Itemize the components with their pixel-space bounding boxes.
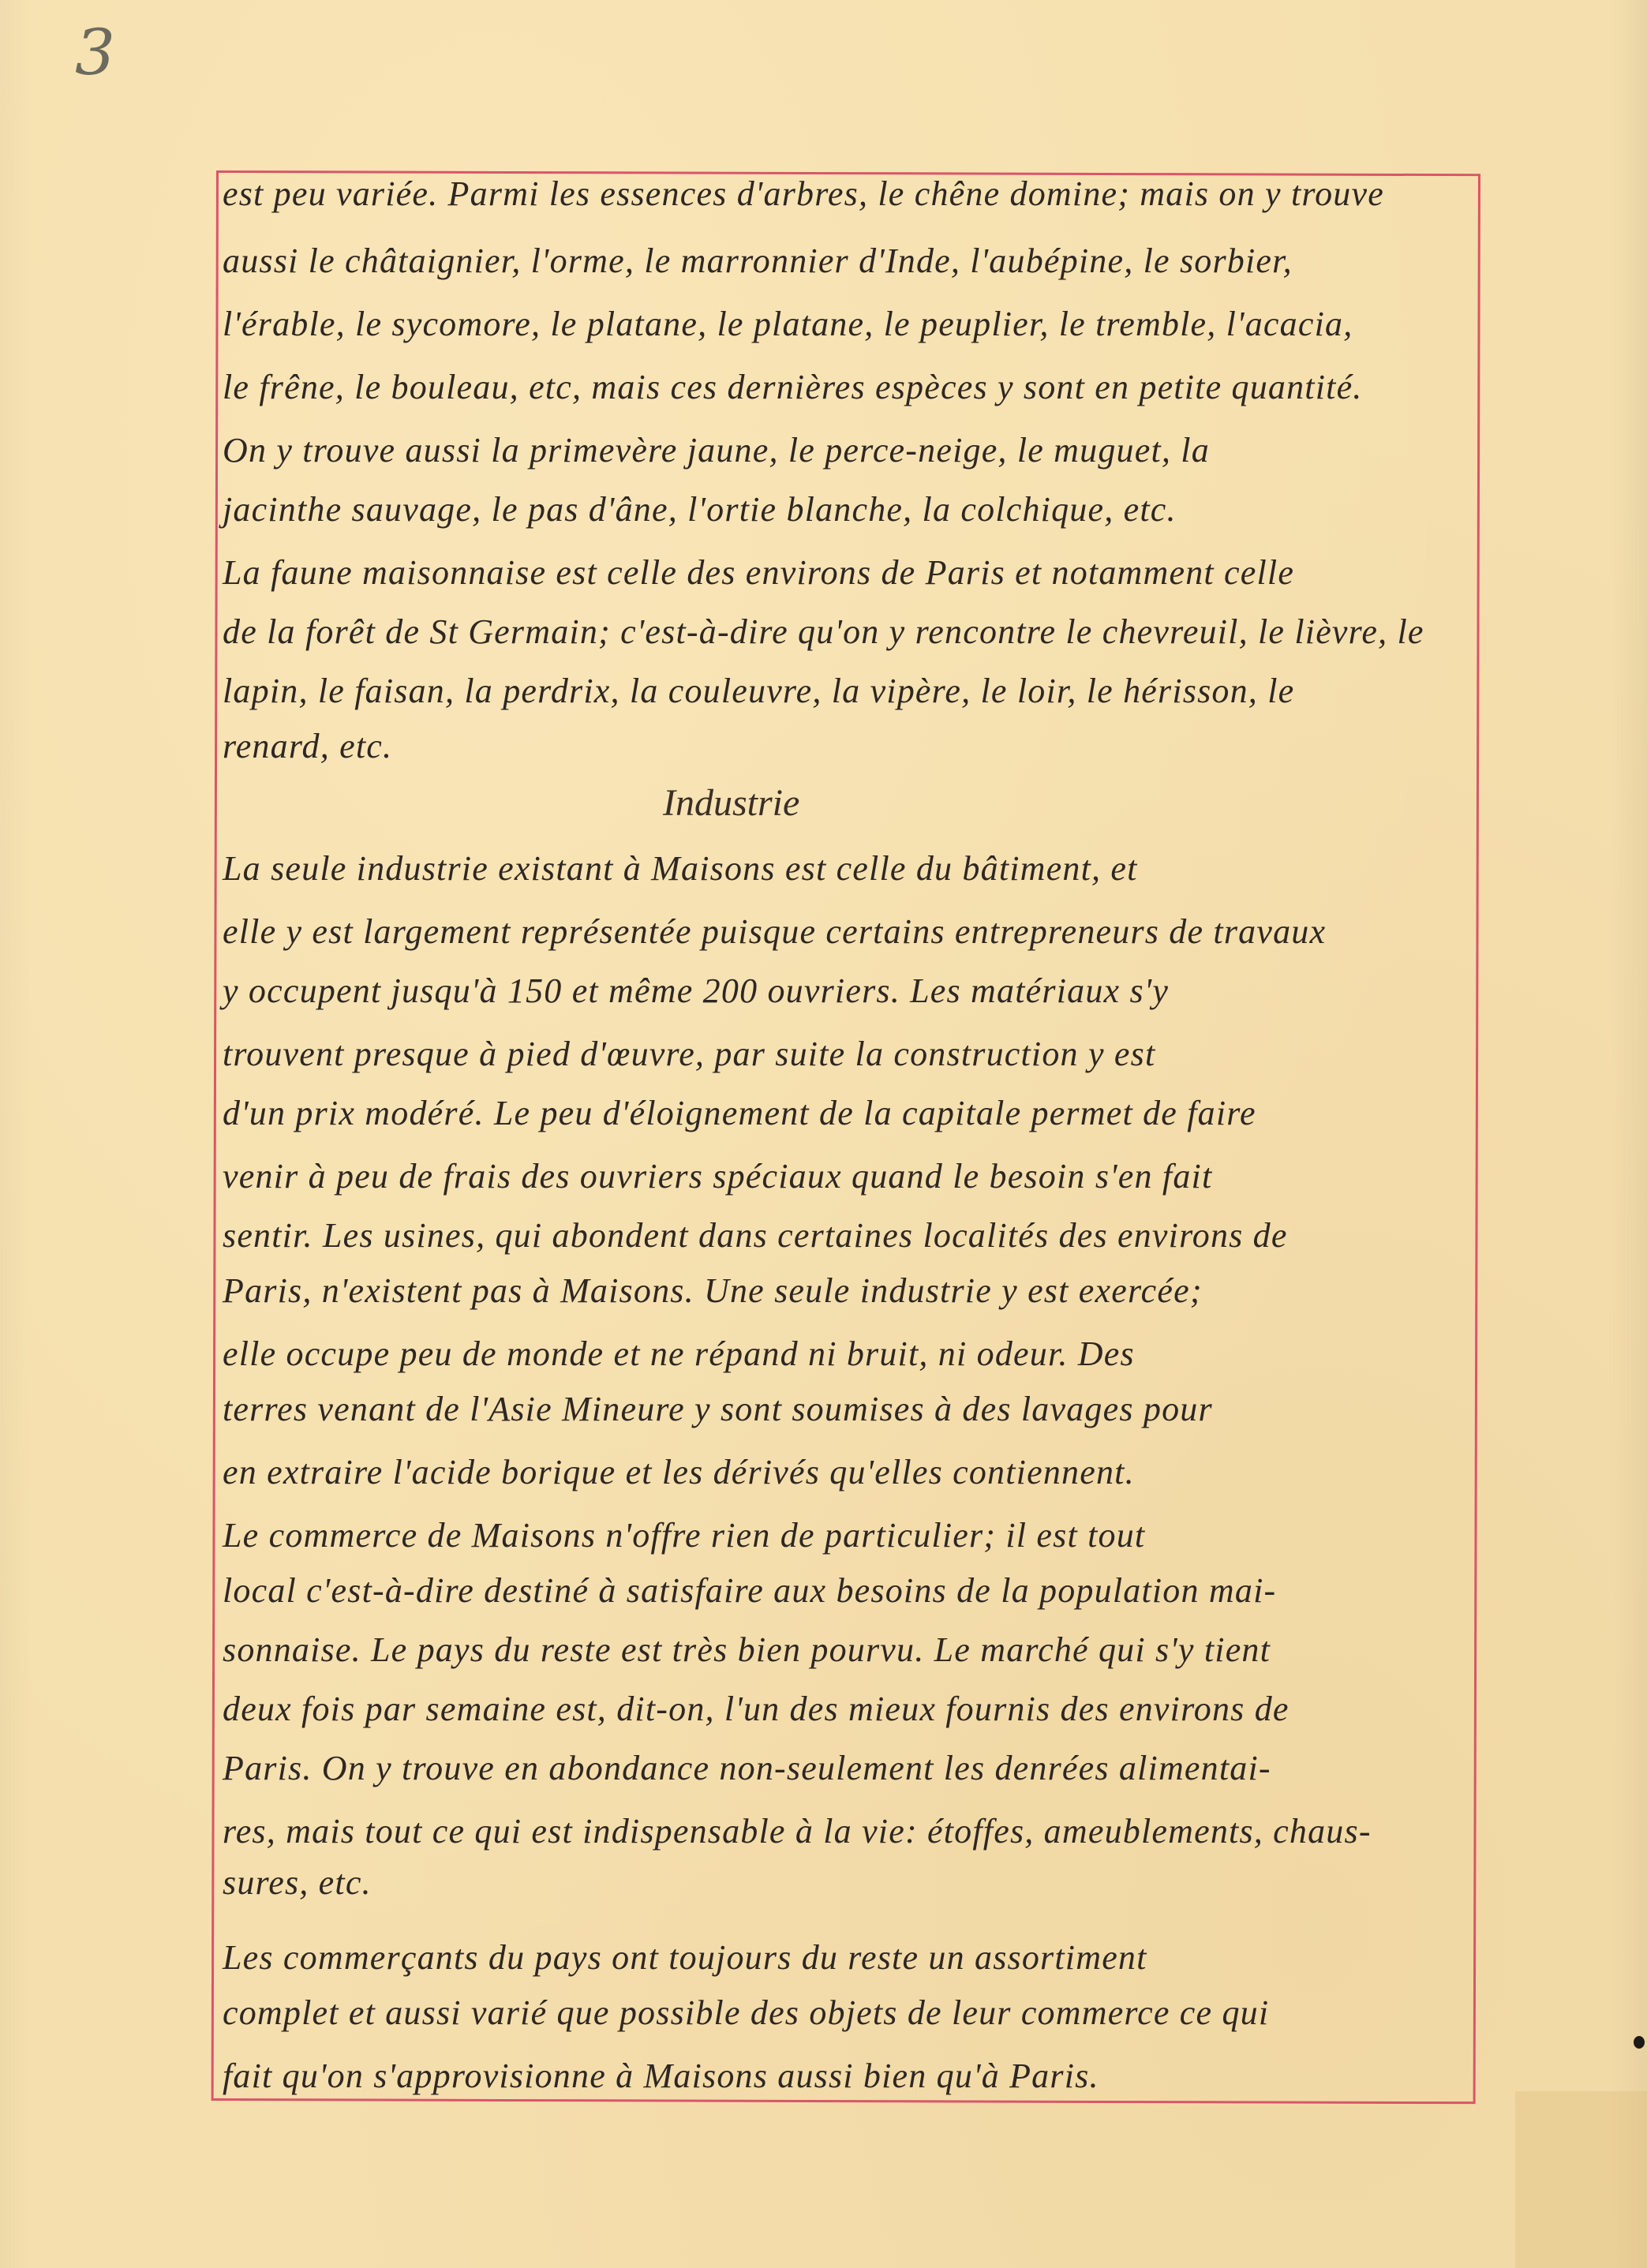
text-line: Paris, n'existent pas à Maisons. Une seu… [223, 1271, 1203, 1311]
text-line: d'un prix modéré. Le peu d'éloignement d… [223, 1093, 1256, 1133]
text-line: La faune maisonnaise est celle des envir… [223, 552, 1294, 593]
text-line: On y trouve aussi la primevère jaune, le… [223, 430, 1210, 470]
text-line: y occupent jusqu'à 150 et même 200 ouvri… [223, 971, 1169, 1011]
page-number: 3 [75, 16, 115, 89]
text-line: elle occupe peu de monde et ne répand ni… [223, 1334, 1135, 1374]
text-line: Les commerçants du pays ont toujours du … [223, 1937, 1147, 1978]
text-line: deux fois par semaine est, dit-on, l'un … [223, 1689, 1290, 1729]
text-line: sentir. Les usines, qui abondent dans ce… [223, 1215, 1288, 1256]
text-line: La seule industrie existant à Maisons es… [223, 848, 1138, 889]
paper-stain [1515, 2091, 1647, 2268]
text-line: trouvent presque à pied d'œuvre, par sui… [223, 1034, 1155, 1074]
text-line: res, mais tout ce qui est indispensable … [223, 1811, 1372, 1851]
text-line: lapin, le faisan, la perdrix, la couleuv… [223, 671, 1294, 711]
text-line: sonnaise. Le pays du reste est très bien… [223, 1630, 1271, 1670]
text-line: terres venant de l'Asie Mineure y sont s… [223, 1389, 1213, 1429]
text-line: complet et aussi varié que possible des … [223, 1993, 1269, 2033]
text-line: Paris. On y trouve en abondance non-seul… [223, 1748, 1271, 1788]
text-line: aussi le châtaignier, l'orme, le marronn… [223, 241, 1293, 281]
section-heading: Industrie [663, 781, 799, 825]
text-line: Le commerce de Maisons n'offre rien de p… [223, 1515, 1145, 1555]
ink-dot [1634, 2036, 1645, 2049]
text-line: jacinthe sauvage, le pas d'âne, l'ortie … [223, 489, 1177, 530]
text-line: local c'est-à-dire destiné à satisfaire … [223, 1570, 1276, 1611]
text-line: elle y est largement représentée puisque… [223, 911, 1326, 952]
text-line: de la forêt de St Germain; c'est-à-dire … [223, 612, 1424, 652]
text-line: l'érable, le sycomore, le platane, le pl… [223, 304, 1353, 344]
text-line: en extraire l'acide borique et les dériv… [223, 1452, 1135, 1492]
text-line: venir à peu de frais des ouvriers spécia… [223, 1156, 1212, 1196]
text-line: renard, etc. [223, 726, 392, 766]
text-line: fait qu'on s'approvisionne à Maisons aus… [223, 2056, 1099, 2096]
text-line: le frêne, le bouleau, etc, mais ces dern… [223, 367, 1363, 407]
text-line: sures, etc. [223, 1862, 372, 1903]
text-line: est peu variée. Parmi les essences d'arb… [223, 174, 1384, 214]
